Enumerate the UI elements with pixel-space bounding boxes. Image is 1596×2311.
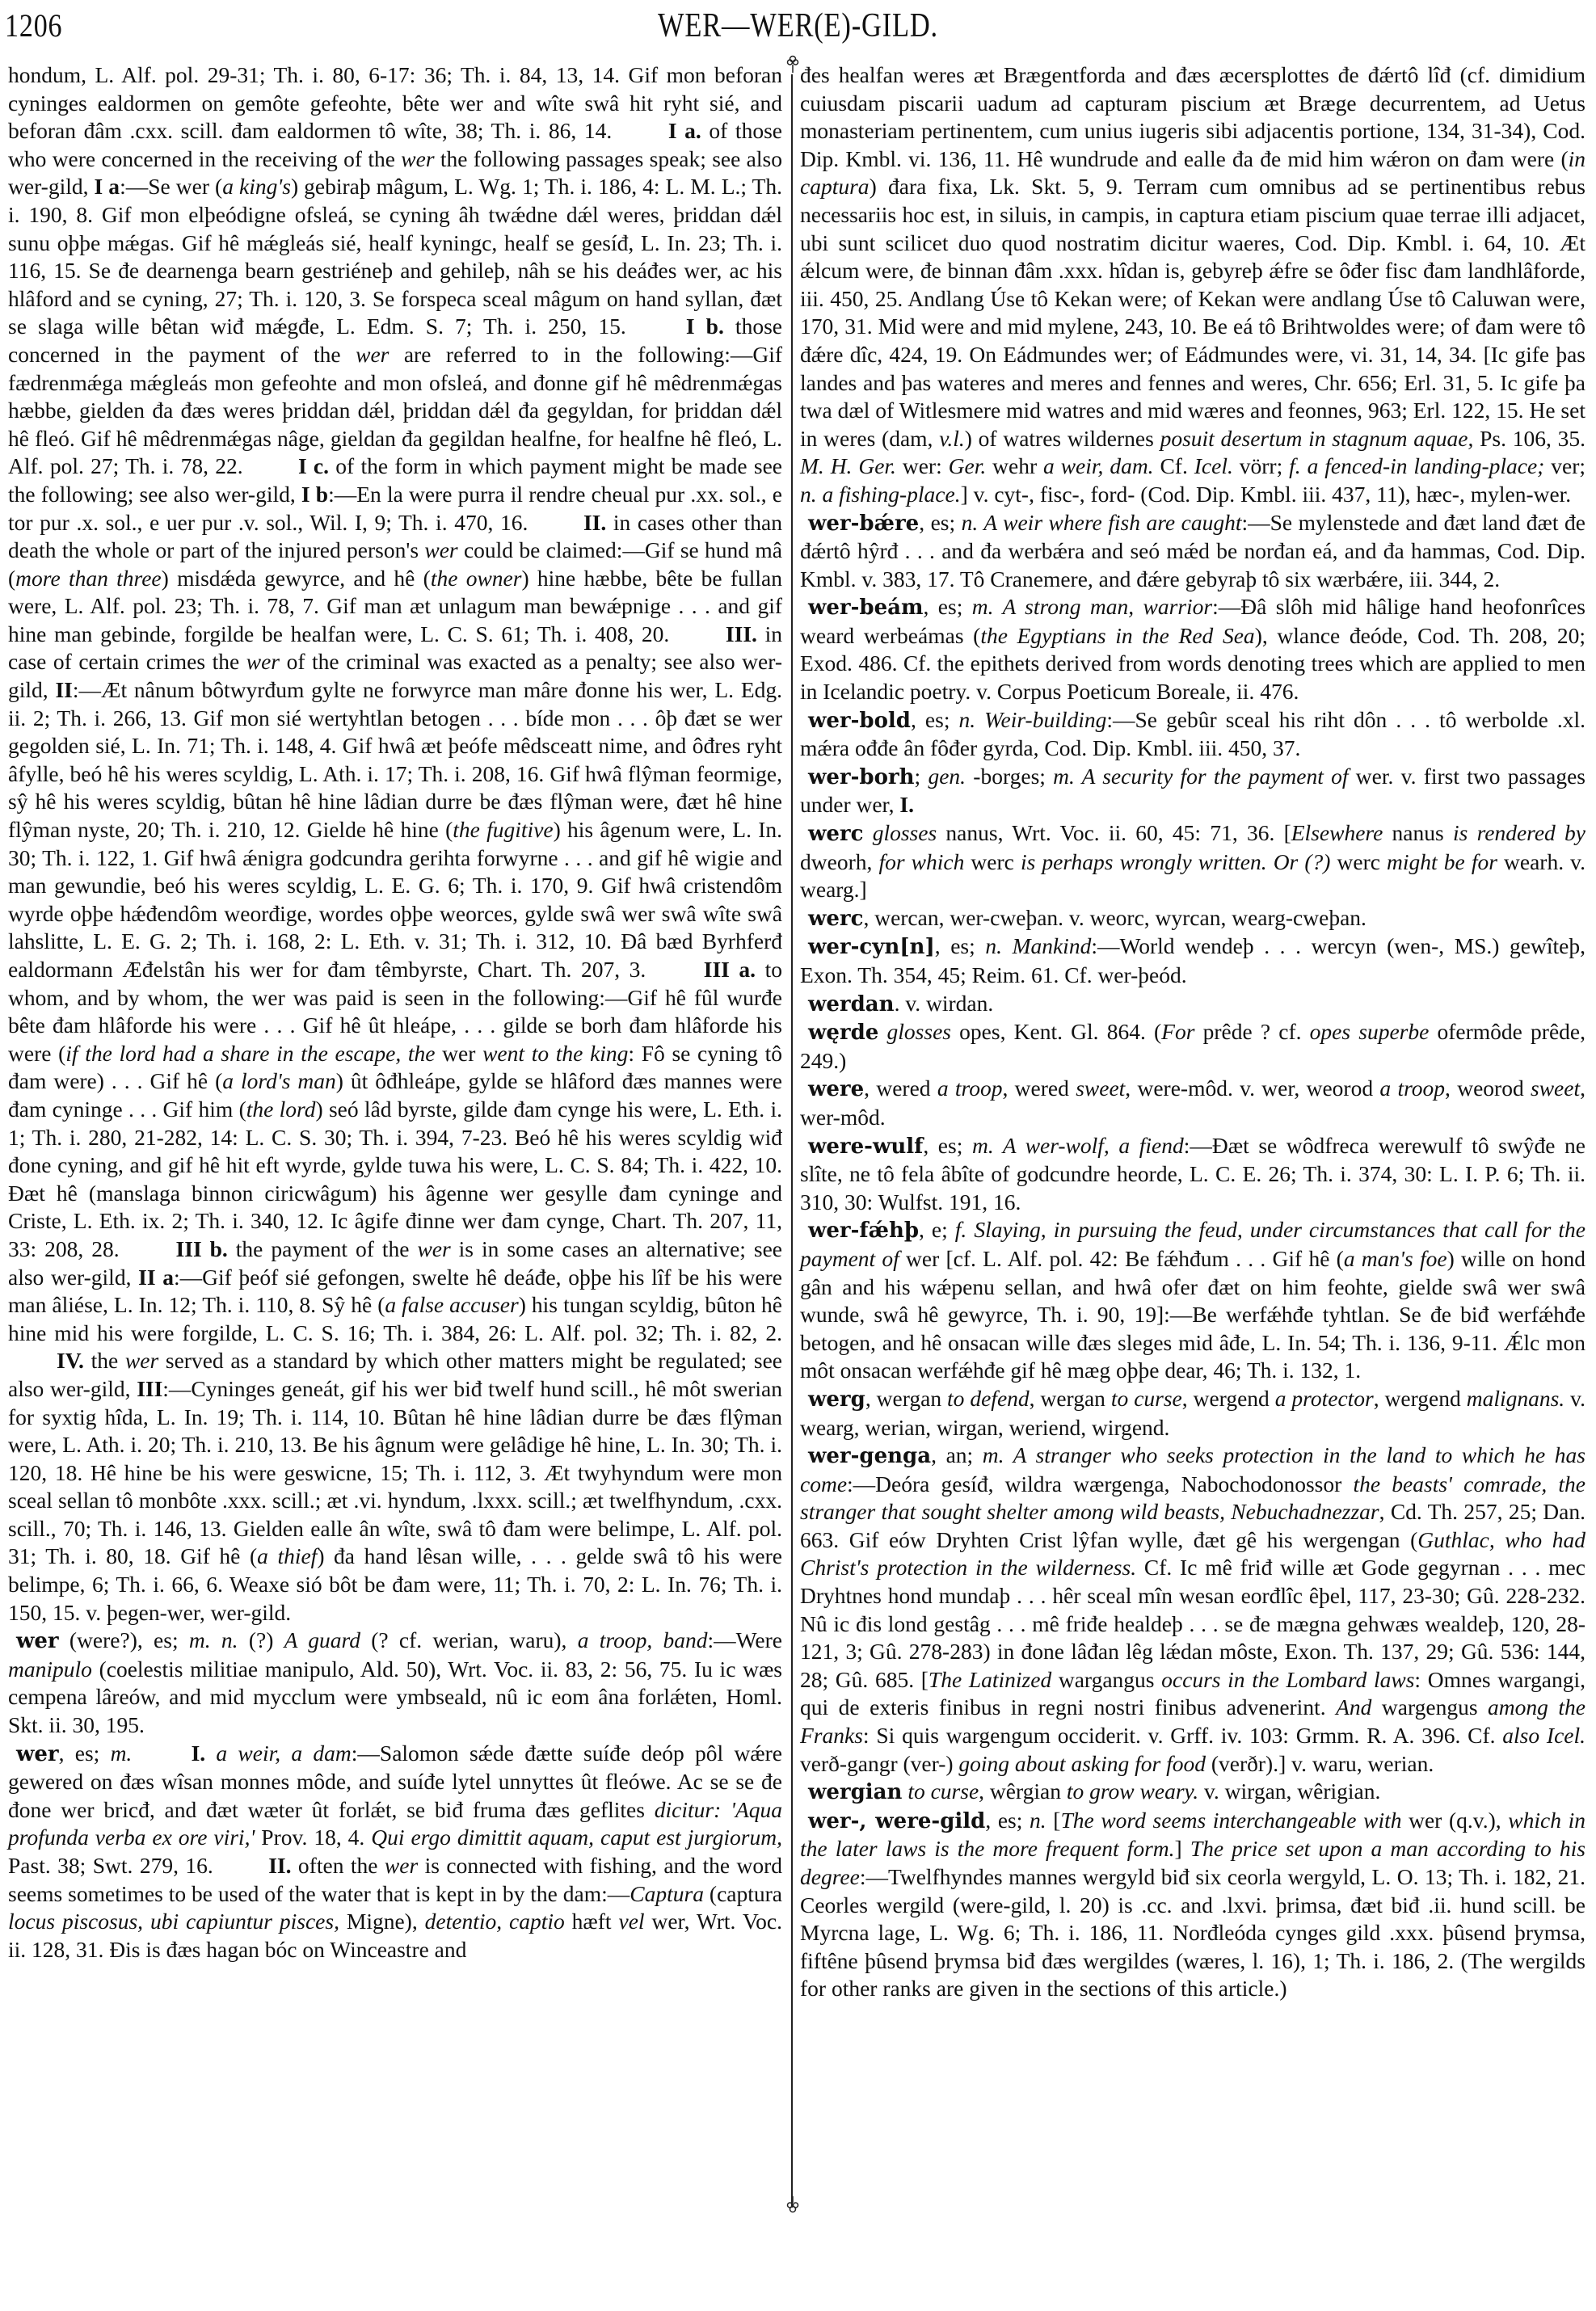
- entry-text: , weorod: [1445, 1076, 1531, 1101]
- entry-text: , wergend: [1374, 1386, 1467, 1411]
- headword: wer-genga: [808, 1444, 931, 1468]
- italic-gloss: a thief: [257, 1543, 317, 1568]
- dictionary-entry-wer-bold: wer-bold, es; n. Weir-building:—Se gebûr…: [800, 706, 1585, 763]
- sense-marker: I.: [143, 1741, 206, 1766]
- headword: wer-beám: [808, 596, 924, 620]
- italic-gloss: to defend: [947, 1386, 1030, 1411]
- entry-text: :—Cyninges geneát, gif his wer biđ twelf…: [8, 1376, 782, 1569]
- italic-gloss: malignans.: [1467, 1386, 1564, 1411]
- entry-text: ]: [1175, 1836, 1190, 1861]
- entry-text: Ps. 106, 35.: [1473, 426, 1585, 451]
- italic-gloss: wer: [417, 1236, 450, 1261]
- entry-text: verð-gangr (ver-): [800, 1751, 958, 1776]
- italic-gloss: Captura: [630, 1881, 704, 1906]
- italic-gloss: f. a fenced-in landing-place;: [1289, 453, 1544, 478]
- italic-gloss: a man's foe: [1344, 1246, 1447, 1271]
- entry-text: Past. 38; Swt. 279, 16.: [8, 1853, 220, 1878]
- entry-text: -borges;: [966, 764, 1053, 789]
- italic-gloss: wer: [424, 537, 457, 562]
- sense-marker: III b.: [128, 1236, 228, 1261]
- headword: wer-cyn[n]: [808, 935, 935, 959]
- italic-gloss: n. a fishing-place.: [800, 482, 961, 507]
- headword: wer-bǽre: [808, 511, 919, 536]
- italic-gloss: n. Weir-building: [959, 707, 1107, 732]
- sense-marker: I a.: [620, 118, 701, 143]
- italic-gloss: a false accuser: [385, 1292, 518, 1317]
- italic-gloss: occurs in the Lombard laws: [1161, 1667, 1414, 1692]
- italic-gloss: the fugitive: [453, 817, 553, 842]
- italic-gloss: Icel.: [1194, 453, 1233, 478]
- italic-gloss: m. A security for the payment of: [1053, 764, 1348, 789]
- sense-ref: I b: [301, 482, 328, 507]
- italic-gloss: more than three: [15, 566, 161, 591]
- entry-text: , were-môd. v. wer, weorod: [1125, 1076, 1379, 1101]
- entry-text: : Si quis wargengum occiderit. v. Grff. …: [863, 1723, 1502, 1748]
- italic-gloss: a weir, a dam: [216, 1741, 351, 1766]
- entry-text: Cf.: [1154, 453, 1194, 478]
- italic-gloss: went to the king: [482, 1041, 628, 1066]
- sense-ref: II a: [138, 1265, 174, 1290]
- entry-text: wer (q.v.),: [1401, 1808, 1508, 1833]
- entry-text: prêde ? cf.: [1194, 1019, 1309, 1044]
- entry-text: wer: [436, 1041, 483, 1066]
- dictionary-entry-wergian: wergian to curse, wêrgian to grow weary.…: [800, 1778, 1585, 1807]
- headword: werc: [808, 822, 863, 846]
- headword: werc: [808, 907, 863, 931]
- italic-gloss: glosses: [873, 820, 937, 845]
- running-head: WER—WER(E)-GILD.: [144, 6, 1453, 45]
- entry-text: the: [84, 1348, 125, 1373]
- entry-text: wargangus: [1051, 1667, 1161, 1692]
- italic-gloss: a king's: [222, 174, 291, 199]
- entry-text: , wered: [1003, 1076, 1076, 1101]
- entry-text: , es;: [985, 1808, 1030, 1833]
- italic-gloss: Qui ergo dimittit aquam, caput est jurgi…: [371, 1825, 782, 1850]
- italic-gloss: if the lord had a share in the escape, t…: [65, 1041, 435, 1066]
- entry-text: (captura: [704, 1881, 782, 1906]
- sense-ref: I.: [899, 792, 914, 817]
- italic-gloss: For: [1161, 1019, 1194, 1044]
- entry-text: , wered: [864, 1076, 937, 1101]
- headword: węrde: [808, 1021, 878, 1045]
- italic-gloss: wer: [246, 649, 280, 674]
- italic-gloss: a troop, band: [578, 1627, 708, 1652]
- left-column: hondum, L. Alf. pol. 29-31; Th. i. 80, 6…: [8, 61, 782, 1964]
- entry-text: , wêrgian: [979, 1779, 1067, 1804]
- italic-gloss: The Latinized: [929, 1667, 1051, 1692]
- entry-text: :—Deóra gesíđ, wildra wærgenga, Nabochod…: [847, 1471, 1353, 1496]
- entry-text: (were?), es;: [59, 1627, 189, 1652]
- dictionary-entry-wer-cyn: wer-cyn[n], es; n. Mankind:—World wendeþ…: [800, 932, 1585, 989]
- dictionary-entry-wer-borh: wer-borh; gen. -borges; m. A security fo…: [800, 763, 1585, 819]
- italic-gloss: a protector: [1275, 1386, 1374, 1411]
- entry-text: [132, 1741, 142, 1766]
- dictionary-entry-werg: werg, wergan to defend, wergan to curse,…: [800, 1385, 1585, 1442]
- italic-gloss: glosses: [887, 1019, 951, 1044]
- dictionary-entry-were: were, wered a troop, wered sweet, were-m…: [800, 1075, 1585, 1131]
- entry-text: Migne),: [339, 1909, 425, 1934]
- italic-gloss: the Egyptians in the Red Sea: [980, 623, 1254, 648]
- headword: wer: [16, 1629, 59, 1653]
- entry-text: . v. wirdan.: [895, 991, 994, 1016]
- italic-gloss: Ger.: [949, 453, 987, 478]
- entry-text: , es;: [935, 933, 986, 958]
- italic-gloss: M. H. Ger.: [800, 453, 896, 478]
- entry-text: ] v. cyt-, fisc-, ford- (Cod. Dip. Kmbl.…: [961, 482, 1572, 507]
- sense-marker: IV.: [8, 1348, 84, 1373]
- entry-text: Prov. 18, 4.: [255, 1825, 371, 1850]
- entry-text: (verðr).] v. waru, werian.: [1206, 1751, 1434, 1776]
- dictionary-entry-werdan: werdan. v. wirdan.: [800, 990, 1585, 1019]
- italic-gloss: the lord: [246, 1097, 316, 1122]
- entry-text: ) misdǽda gewyrce, and hê (: [162, 566, 431, 591]
- entry-text: nanus: [1383, 820, 1453, 845]
- entry-text: (coelestis militiae manipulo, Ald. 50), …: [8, 1656, 782, 1737]
- entry-text: nanus, Wrt. Voc. ii. 60, 45: 71, 36. [: [937, 820, 1291, 845]
- italic-gloss: gen.: [928, 764, 966, 789]
- entry-text: , wergan: [865, 1386, 947, 1411]
- entry-text: (? cf. werian, waru),: [360, 1627, 578, 1652]
- entry-text: , es;: [923, 1133, 972, 1158]
- dictionary-entry-wer-beam: wer-beám, es; m. A strong man, warrior:—…: [800, 593, 1585, 705]
- entry-text: wer [cf. L. Alf. pol. 42: Be fǽhđum . . …: [899, 1246, 1344, 1271]
- sense-ref: I a: [95, 174, 120, 199]
- sense-marker: II.: [220, 1853, 291, 1878]
- italic-gloss: wer: [125, 1348, 158, 1373]
- italic-gloss: m. A wer-wolf, a fiend: [972, 1133, 1184, 1158]
- headword: wer-bold: [808, 709, 911, 733]
- italic-gloss: m.: [111, 1741, 133, 1766]
- dictionary-entry-wer-weir: wer, es; m. I. a weir, a dam:—Salomon sǽ…: [8, 1740, 782, 1964]
- italic-gloss: manipulo: [8, 1656, 92, 1682]
- italic-gloss: detentio, captio: [425, 1909, 565, 1934]
- sense-marker: III a.: [655, 957, 756, 982]
- entry-text: :—Se wer (: [120, 174, 222, 199]
- entry-text: :—Were: [708, 1627, 782, 1652]
- italic-gloss: going about asking for food: [958, 1751, 1206, 1776]
- sense-marker: III.: [677, 621, 757, 646]
- headword: wer-fǽhþ: [808, 1219, 919, 1243]
- entry-text: , wergan: [1030, 1386, 1111, 1411]
- italic-gloss: also Icel.: [1502, 1723, 1585, 1748]
- entry-text: werc: [964, 849, 1021, 874]
- dictionary-entry-werc-cross: werc, wercan, wer-cweþan. v. weorc, wyrc…: [800, 904, 1585, 933]
- italic-gloss: might be for: [1387, 849, 1497, 874]
- italic-gloss: The word seems interchangeable with: [1060, 1808, 1401, 1833]
- italic-gloss: And: [1336, 1694, 1371, 1720]
- entry-text: v. wirgan, wêrigian.: [1198, 1779, 1380, 1804]
- dictionary-entry-wer-gild: wer-, were-gild, es; n. [The word seems …: [800, 1807, 1585, 2003]
- italic-gloss: m. n.: [189, 1627, 238, 1652]
- column-ornament-bottom-icon: [784, 2196, 802, 2214]
- italic-gloss: m. A strong man, warrior: [972, 594, 1212, 619]
- italic-gloss: n.: [1030, 1808, 1046, 1833]
- page-number: 1206: [5, 6, 62, 44]
- italic-gloss: wer: [385, 1853, 418, 1878]
- entry-text: , an;: [931, 1442, 983, 1467]
- italic-gloss: a lord's man: [222, 1068, 336, 1093]
- italic-gloss: v.l.: [939, 426, 965, 451]
- headword: werdan: [808, 992, 895, 1017]
- dictionary-entry-wer-weir-continued: đes healfan weres æt Brægentforda and đæ…: [800, 61, 1585, 509]
- entry-text: [: [1046, 1808, 1061, 1833]
- entry-text: đes healfan weres æt Brægentforda and đæ…: [800, 62, 1585, 171]
- entry-text: [205, 1741, 216, 1766]
- italic-gloss: n. Mankind: [985, 933, 1091, 958]
- italic-gloss: posuit desertum in stagnum aquae,: [1160, 426, 1474, 451]
- entry-text: opes, Kent. Gl. 864. (: [951, 1019, 1161, 1044]
- entry-text: often the: [292, 1853, 385, 1878]
- dictionary-entry-wer-continued: hondum, L. Alf. pol. 29-31; Th. i. 80, 6…: [8, 61, 782, 1627]
- headword: wer-, were-gild: [808, 1809, 985, 1833]
- italic-gloss: the owner: [431, 566, 522, 591]
- italic-gloss: to grow weary.: [1067, 1779, 1198, 1804]
- entry-text: , es;: [924, 594, 972, 619]
- right-column: đes healfan weres æt Brægentforda and đæ…: [800, 61, 1585, 2003]
- entry-text: [863, 820, 872, 845]
- sense-ref: II: [55, 677, 72, 702]
- entry-text: , e;: [919, 1217, 955, 1242]
- sense-marker: II.: [535, 510, 606, 535]
- entry-text: werc: [1330, 849, 1387, 874]
- entry-text: wargengus: [1371, 1694, 1488, 1720]
- italic-gloss: locus piscosus, ubi capiuntur pisces,: [8, 1909, 339, 1934]
- italic-gloss: sweet: [1076, 1076, 1125, 1101]
- italic-gloss: is rendered by: [1453, 820, 1585, 845]
- italic-gloss: sweet: [1531, 1076, 1580, 1101]
- entry-text: wer:: [896, 453, 949, 478]
- headword: wer: [16, 1742, 59, 1766]
- italic-gloss: opes superbe: [1310, 1019, 1430, 1044]
- dictionary-entry-wer-baere: wer-bǽre, es; n. A weir where fish are c…: [800, 509, 1585, 594]
- entry-text: , wercan, wer-cweþan. v. weorc, wyrcan, …: [863, 905, 1366, 930]
- dictionary-entry-were-wulf: were-wulf, es; m. A wer-wolf, a fiend:—Đ…: [800, 1132, 1585, 1217]
- italic-gloss: A guard: [284, 1627, 360, 1652]
- italic-gloss: vel: [619, 1909, 645, 1934]
- entry-text: ver;: [1544, 453, 1585, 478]
- entry-text: ;: [915, 764, 929, 789]
- headword: wergian: [808, 1780, 902, 1804]
- italic-gloss: wer: [401, 146, 434, 171]
- entry-text: wehr: [986, 453, 1043, 478]
- sense-marker: I c.: [250, 453, 329, 478]
- dictionary-entry-wer-troop: wer (were?), es; m. n. (?) A guard (? cf…: [8, 1627, 782, 1739]
- italic-gloss: for which: [878, 849, 964, 874]
- entry-text: the payment of the: [228, 1236, 418, 1261]
- headword: were-wulf: [808, 1134, 923, 1159]
- italic-gloss: Elsewhere: [1291, 820, 1383, 845]
- italic-gloss: wer: [356, 342, 389, 367]
- headword: wer-borh: [808, 765, 915, 789]
- entry-text: (?): [238, 1627, 284, 1652]
- entry-text: , es;: [919, 510, 961, 535]
- column-ornament-top-icon: [784, 55, 802, 73]
- italic-gloss: to curse: [1111, 1386, 1182, 1411]
- entry-text: dweorh,: [800, 849, 878, 874]
- sense-ref: III: [137, 1376, 162, 1401]
- headword: were: [808, 1077, 864, 1101]
- entry-text: , wergend: [1182, 1386, 1275, 1411]
- entry-text: ) đara fixa, Lk. Skt. 5, 9. Terram cum o…: [800, 174, 1585, 450]
- entry-text: vörr;: [1233, 453, 1289, 478]
- entry-text: ) of watres wildernes: [965, 426, 1160, 451]
- entry-text: , es;: [911, 707, 959, 732]
- column-rule: [791, 74, 793, 2208]
- sense-marker: I b.: [638, 314, 724, 339]
- italic-gloss: a troop: [1379, 1076, 1445, 1101]
- dictionary-entry-wer-genga: wer-genga, an; m. A stranger who seeks p…: [800, 1442, 1585, 1778]
- headword: werg: [808, 1387, 865, 1412]
- italic-gloss: to curse: [907, 1779, 979, 1804]
- italic-gloss: a troop: [937, 1076, 1003, 1101]
- entry-text: , es;: [59, 1741, 111, 1766]
- dictionary-entry-werc-glosses: werc glosses nanus, Wrt. Voc. ii. 60, 45…: [800, 819, 1585, 904]
- entry-text: [878, 1019, 886, 1044]
- italic-gloss: n. A weir where fish are caught: [962, 510, 1242, 535]
- entry-text: hæft: [565, 1909, 619, 1934]
- dictionary-entry-werde: węrde glosses opes, Kent. Gl. 864. (For …: [800, 1018, 1585, 1075]
- italic-gloss: is perhaps wrongly written. Or (?): [1021, 849, 1330, 874]
- italic-gloss: a weir, dam.: [1043, 453, 1154, 478]
- dictionary-entry-wer-faehth: wer-fǽhþ, e; f. Slaying, in pursuing the…: [800, 1216, 1585, 1385]
- entry-text: :—Twelfhyndes mannes wergyld biđ six ceo…: [800, 1864, 1585, 2001]
